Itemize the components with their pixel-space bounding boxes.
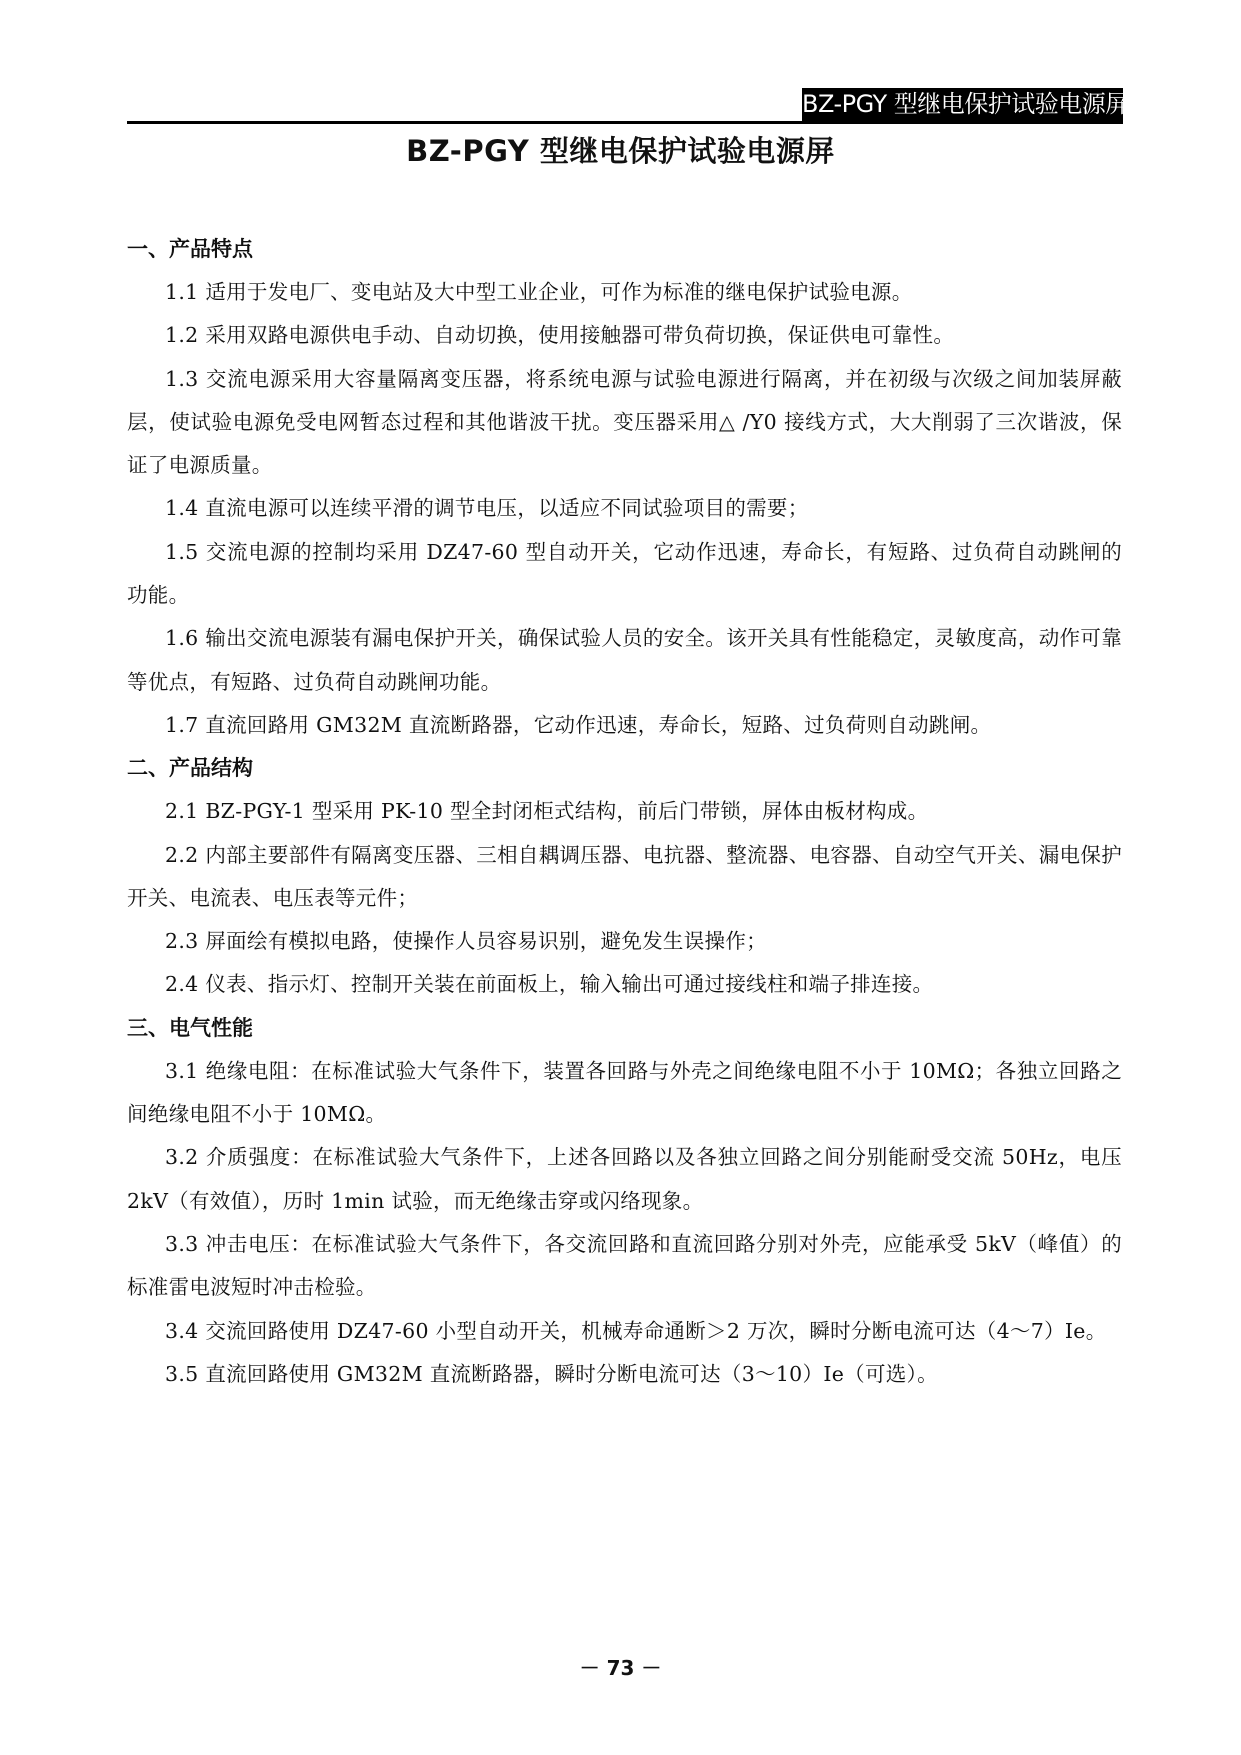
paragraph-1-6: 1.6 输出交流电源装有漏电保护开关，确保试验人员的安全。该开关具有性能稳定，灵… bbox=[127, 617, 1122, 704]
paragraph-1-5: 1.5 交流电源的控制均采用 DZ47-60 型自动开关，它动作迅速，寿命长，有… bbox=[127, 531, 1122, 618]
paragraph-2-3: 2.3 屏面绘有模拟电路，使操作人员容易识别，避免发生误操作； bbox=[127, 920, 1122, 963]
paragraph-2-1: 2.1 BZ-PGY-1 型采用 PK-10 型全封闭柜式结构，前后门带锁，屏体… bbox=[127, 790, 1122, 833]
paragraph-2-4: 2.4 仪表、指示灯、控制开关装在前面板上，输入输出可通过接线柱和端子排连接。 bbox=[127, 963, 1122, 1006]
page-number: － 73 － bbox=[0, 1653, 1241, 1683]
section-electrical-performance: 三、电气性能 3.1 绝缘电阻：在标准试验大气条件下，装置各回路与外壳之间绝缘电… bbox=[127, 1007, 1122, 1396]
paragraph-1-1: 1.1 适用于发电厂、变电站及大中型工业企业，可作为标准的继电保护试验电源。 bbox=[127, 271, 1122, 314]
section-product-features: 一、产品特点 1.1 适用于发电厂、变电站及大中型工业企业，可作为标准的继电保护… bbox=[127, 228, 1122, 747]
section-heading: 一、产品特点 bbox=[127, 228, 1122, 271]
section-heading: 二、产品结构 bbox=[127, 747, 1122, 790]
paragraph-1-7: 1.7 直流回路用 GM32M 直流断路器，它动作迅速，寿命长，短路、过负荷则自… bbox=[127, 704, 1122, 747]
paragraph-2-2: 2.2 内部主要部件有隔离变压器、三相自耦调压器、电抗器、整流器、电容器、自动空… bbox=[127, 834, 1122, 921]
running-header-title: BZ-PGY 型继电保护试验电源屏 bbox=[802, 88, 1123, 121]
paragraph-3-4: 3.4 交流回路使用 DZ47-60 小型自动开关，机械寿命通断＞2 万次，瞬时… bbox=[127, 1310, 1122, 1353]
paragraph-1-4: 1.4 直流电源可以连续平滑的调节电压，以适应不同试验项目的需要； bbox=[127, 487, 1122, 530]
header-divider bbox=[127, 121, 1123, 124]
paragraph-3-3: 3.3 冲击电压：在标准试验大气条件下，各交流回路和直流回路分别对外壳，应能承受… bbox=[127, 1223, 1122, 1310]
section-heading: 三、电气性能 bbox=[127, 1007, 1122, 1050]
paragraph-3-2: 3.2 介质强度：在标准试验大气条件下，上述各回路以及各独立回路之间分别能耐受交… bbox=[127, 1136, 1122, 1223]
document-title: BZ-PGY 型继电保护试验电源屏 bbox=[0, 133, 1241, 169]
paragraph-3-5: 3.5 直流回路使用 GM32M 直流断路器，瞬时分断电流可达（3～10）Ie（… bbox=[127, 1353, 1122, 1396]
paragraph-1-2: 1.2 采用双路电源供电手动、自动切换，使用接触器可带负荷切换，保证供电可靠性。 bbox=[127, 314, 1122, 357]
document-body: 一、产品特点 1.1 适用于发电厂、变电站及大中型工业企业，可作为标准的继电保护… bbox=[127, 228, 1122, 1396]
paragraph-3-1: 3.1 绝缘电阻：在标准试验大气条件下，装置各回路与外壳之间绝缘电阻不小于 10… bbox=[127, 1050, 1122, 1137]
paragraph-1-3: 1.3 交流电源采用大容量隔离变压器，将系统电源与试验电源进行隔离，并在初级与次… bbox=[127, 358, 1122, 488]
section-product-structure: 二、产品结构 2.1 BZ-PGY-1 型采用 PK-10 型全封闭柜式结构，前… bbox=[127, 747, 1122, 1006]
